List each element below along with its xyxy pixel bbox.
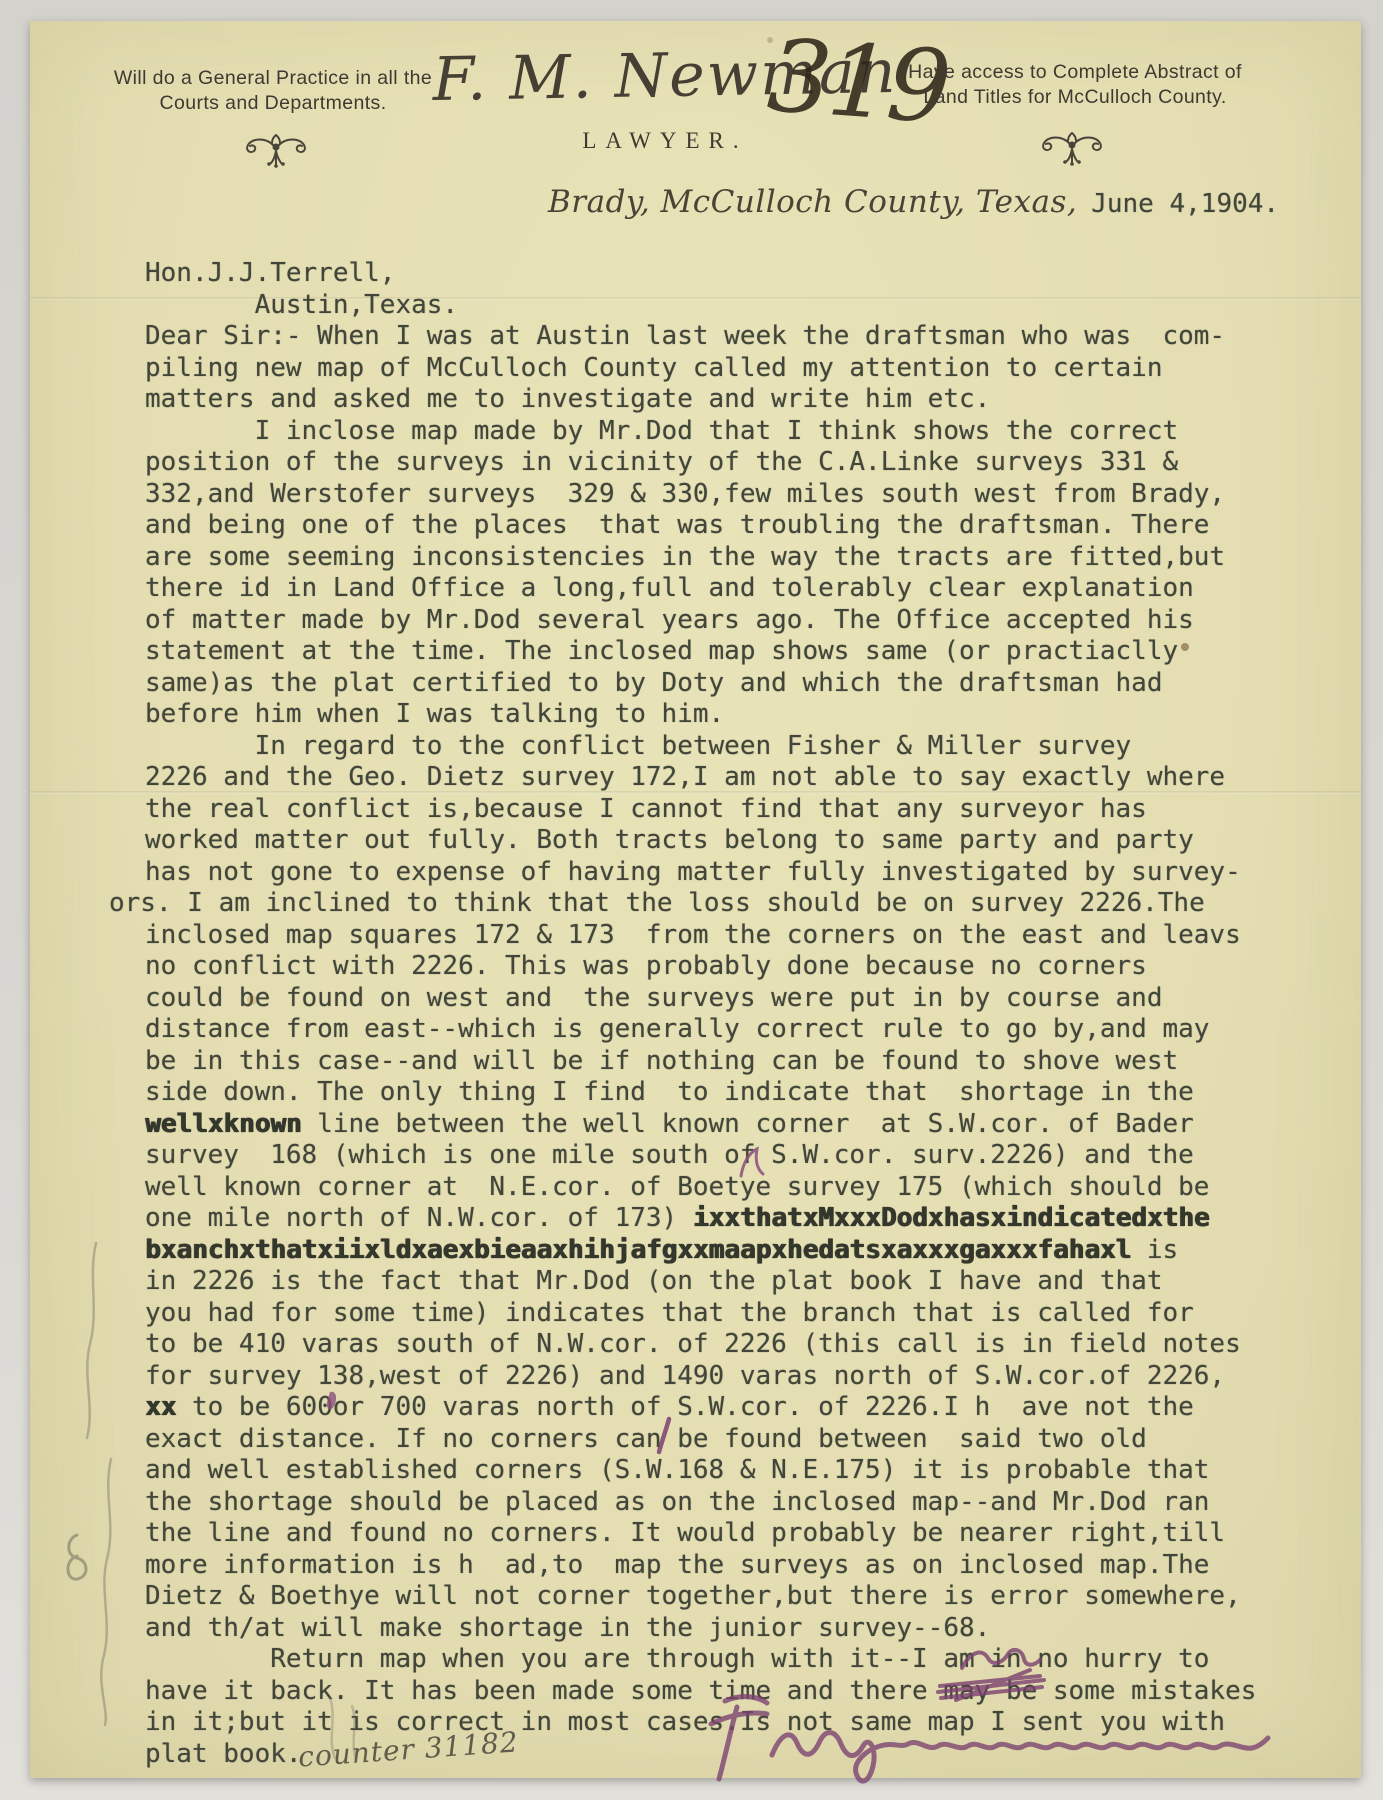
typed-line: position of the surveys in vicinity of t…	[145, 447, 1335, 479]
letterhead-right-block: Have access to Complete Abstract of Land…	[880, 60, 1270, 110]
fleuron-ornament-icon	[1040, 130, 1104, 168]
typed-line: piling new map of McCulloch County calle…	[145, 353, 1335, 385]
typed-line: survey 168 (which is one mile south of S…	[145, 1140, 1335, 1172]
typed-line: in it;but it is correct in most cases.Is…	[145, 1707, 1335, 1739]
typed-line: you had for some time) indicates that th…	[145, 1298, 1335, 1330]
typed-line: in 2226 is the fact that Mr.Dod (on the …	[145, 1266, 1335, 1298]
typed-line: and th/at will make shortage in the juni…	[145, 1613, 1335, 1645]
typed-line: are some seeming inconsistencies in the …	[145, 542, 1335, 574]
typed-line: xx to be 600or 700 varas north of S.W.co…	[145, 1392, 1335, 1424]
typed-line: the shortage should be placed as on the …	[145, 1487, 1335, 1519]
typed-line: no conflict with 2226. This was probably…	[145, 951, 1335, 983]
letterhead-left-line2: Courts and Departments.	[88, 91, 458, 116]
letter-page: Will do a General Practice in all the Co…	[30, 21, 1361, 1778]
typed-line: distance from east--which is generally c…	[145, 1014, 1335, 1046]
typed-line: 332,and Werstofer surveys 329 & 330,few …	[145, 479, 1335, 511]
letterhead-right-line2: Land Titles for McCulloch County.	[880, 85, 1270, 110]
typed-line: to be 410 varas south of N.W.cor. of 222…	[145, 1329, 1335, 1361]
typed-line: wellxknown line between the well known c…	[145, 1109, 1335, 1141]
typed-line: In regard to the conflict between Fisher…	[145, 731, 1335, 763]
typed-line: has not gone to expense of having matter…	[145, 857, 1335, 889]
typed-line: and well established corners (S.W.168 & …	[145, 1455, 1335, 1487]
typed-line: inclosed map squares 172 & 173 from the …	[145, 920, 1335, 952]
typed-line: could be found on west and the surveys w…	[145, 983, 1335, 1015]
typed-line: ors. I am inclined to think that the los…	[109, 888, 1335, 920]
typed-line: worked matter out fully. Both tracts bel…	[145, 825, 1335, 857]
typed-line: I inclose map made by Mr.Dod that I thin…	[145, 416, 1335, 448]
typed-line: have it back. It has been made some time…	[145, 1676, 1335, 1708]
typed-line: bxanchxthatxiixldxaexbieaaxhihjafgxxmaap…	[145, 1235, 1335, 1267]
typed-line: same)as the plat certified to by Doty an…	[145, 668, 1335, 700]
typed-line: before him when I was talking to him.	[145, 699, 1335, 731]
photo-background: Will do a General Practice in all the Co…	[0, 0, 1383, 1800]
typed-line: the real conflict is,because I cannot fi…	[145, 794, 1335, 826]
letterhead-left-block: Will do a General Practice in all the Co…	[88, 66, 458, 116]
typed-line: of matter made by Mr.Dod several years a…	[145, 605, 1335, 637]
typed-line: for survey 138,west of 2226) and 1490 va…	[145, 1361, 1335, 1393]
typed-line: one mile north of N.W.cor. of 173) ixxth…	[145, 1203, 1335, 1235]
typed-line: Dietz & Boethye will not corner together…	[145, 1581, 1335, 1613]
letterhead-left-line1: Will do a General Practice in all the	[88, 66, 458, 91]
typed-line: well known corner at N.E.cor. of Boetye …	[145, 1172, 1335, 1204]
typed-line: Return map when you are through with it-…	[145, 1644, 1335, 1676]
typed-line: matters and asked me to investigate and …	[145, 384, 1335, 416]
typed-line: be in this case--and will be if nothing …	[145, 1046, 1335, 1078]
typed-line: statement at the time. The inclosed map …	[145, 636, 1335, 668]
typed-line: more information is h ad,to map the surv…	[145, 1550, 1335, 1582]
typed-line: 2226 and the Geo. Dietz survey 172,I am …	[145, 762, 1335, 794]
dateline-place: Brady, McCulloch County, Texas,	[548, 184, 1077, 220]
typed-line: Dear Sir:- When I was at Austin last wee…	[145, 321, 1335, 353]
dateline-date: June 4,1904.	[1077, 189, 1279, 219]
typed-line: side down. The only thing I find to indi…	[145, 1077, 1335, 1109]
typed-line: exact distance. If no corners can be fou…	[145, 1424, 1335, 1456]
typed-line: the line and found no corners. It would …	[145, 1518, 1335, 1550]
typed-line: and being one of the places that was tro…	[145, 510, 1335, 542]
typed-body: Hon.J.J.Terrell, Austin,Texas.Dear Sir:-…	[145, 258, 1335, 1770]
dateline: Brady, McCulloch County, Texas, June 4,1…	[548, 184, 1279, 220]
letterhead-right-line1: Have access to Complete Abstract of	[880, 60, 1270, 85]
typed-line: there id in Land Office a long,full and …	[145, 573, 1335, 605]
fleuron-ornament-icon	[244, 132, 308, 170]
typed-line: Austin,Texas.	[145, 290, 1335, 322]
typed-line: Hon.J.J.Terrell,	[145, 258, 1335, 290]
